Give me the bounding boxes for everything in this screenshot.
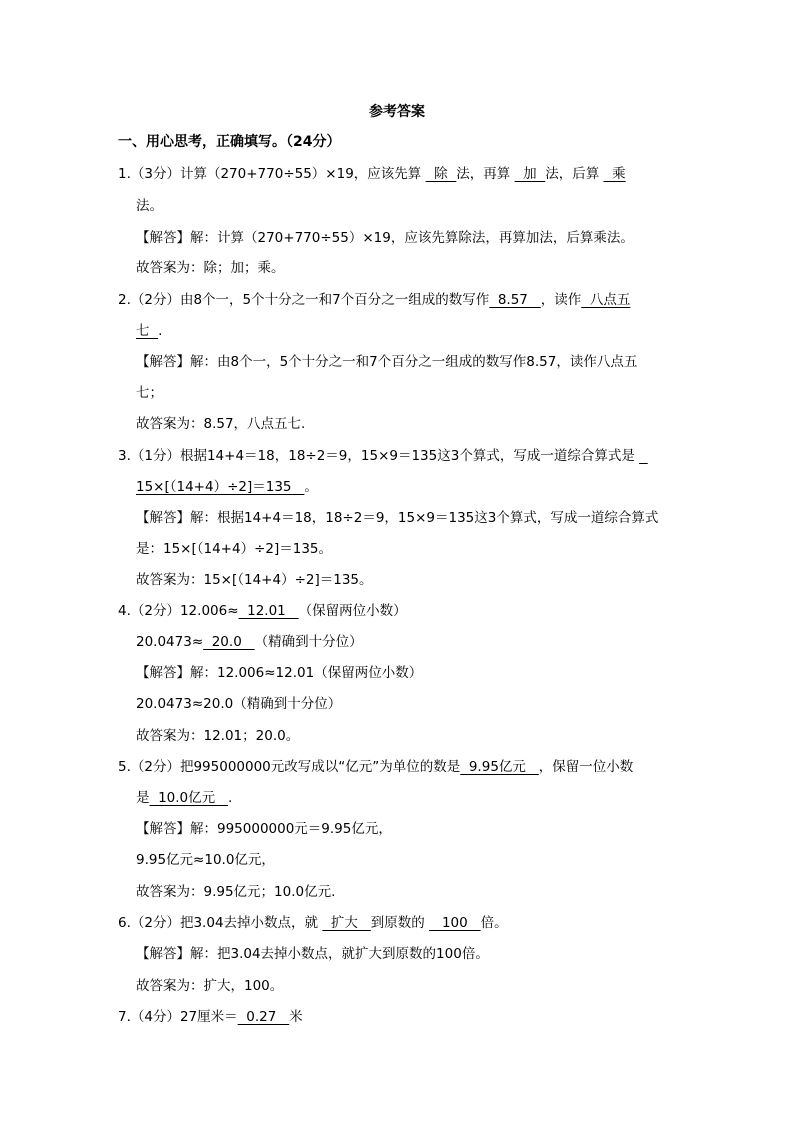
question-text: 。 xyxy=(304,479,318,495)
question-text: 到原数的 xyxy=(371,915,429,931)
question-7: 7.（4分）27厘米＝ 0.27 米 xyxy=(118,1007,303,1027)
question-3-continued: 15×[（14+4）÷2]＝135 。 xyxy=(136,477,318,497)
question-text: 是 xyxy=(136,790,150,806)
question-2-continued: 七 . xyxy=(136,321,162,341)
answer-blank: 15×[（14+4）÷2]＝135 xyxy=(136,479,304,495)
question-text: 4.（2分）12.006≈ xyxy=(118,603,239,619)
solution-5-continued: 9.95亿元≈10.0亿元， xyxy=(136,850,275,870)
section-heading: 一、用心思考，正确填写。（24分） xyxy=(118,132,340,152)
answer-3: 故答案为：15×[（14+4）÷2]＝135。 xyxy=(136,570,373,590)
question-text: 法。 xyxy=(136,198,163,214)
solution-5: 【解答】解：995000000元＝9.95亿元， xyxy=(136,819,392,839)
answer-blank: 8.57 xyxy=(489,292,541,308)
answer-1: 故答案为：除；加；乘。 xyxy=(136,258,285,278)
answer-4: 故答案为：12.01；20.0。 xyxy=(136,726,299,746)
question-4: 4.（2分）12.006≈ 12.01 （保留两位小数） xyxy=(118,601,407,621)
answer-blank: 除 xyxy=(426,166,457,182)
question-5: 5.（2分）把995000000元改写成以“亿元”为单位的数是 9.95亿元 ，… xyxy=(118,757,633,777)
solution-4-continued: 20.0473≈20.0（精确到十分位） xyxy=(136,694,341,714)
solution-3-continued: 是：15×[（14+4）÷2]＝135。 xyxy=(136,539,332,559)
answer-blank: 加 xyxy=(515,166,546,182)
page-title: 参考答案 xyxy=(0,102,794,122)
answer-6: 故答案为：扩大，100。 xyxy=(136,976,283,996)
question-4-line-2: 20.0473≈ 20.0 （精确到十分位） xyxy=(136,632,363,652)
answer-5: 故答案为：9.95亿元；10.0亿元. xyxy=(136,882,335,902)
question-text: （保留两位小数） xyxy=(299,603,407,619)
question-text: 1.（3分）计算（270+770÷55）×19，应该先算 xyxy=(118,166,426,182)
solution-1: 【解答】解：计算（270+770÷55）×19，应该先算除法，再算加法，后算乘法… xyxy=(136,228,634,248)
question-2: 2.（2分）由8个一，5个十分之一和7个百分之一组成的数写作 8.57 ，读作 … xyxy=(118,290,630,310)
question-text: . xyxy=(228,790,232,806)
question-3: 3.（1分）根据14+4＝18，18÷2＝9，15×9＝135这3个算式，写成一… xyxy=(118,446,648,466)
solution-2-continued: 七； xyxy=(136,383,163,403)
question-text: 7.（4分）27厘米＝ xyxy=(118,1009,238,1025)
question-5-continued: 是 10.0亿元 . xyxy=(136,788,232,808)
question-text: ，读作 xyxy=(541,292,582,308)
question-text: ，保留一位小数 xyxy=(539,759,634,775)
answer-blank: 100 xyxy=(429,915,481,931)
solution-3: 【解答】解：根据14+4＝18，18÷2＝9，15×9＝135这3个算式，写成一… xyxy=(136,508,658,528)
question-text: 5.（2分）把995000000元改写成以“亿元”为单位的数是 xyxy=(118,759,460,775)
solution-4: 【解答】解：12.006≈12.01（保留两位小数） xyxy=(136,663,422,683)
question-1-continued: 法。 xyxy=(136,196,163,216)
question-text: . xyxy=(158,323,162,339)
answer-blank: 乘 xyxy=(604,166,626,182)
question-text: （精确到十分位） xyxy=(255,634,363,650)
solution-2: 【解答】解：由8个一，5个十分之一和7个百分之一组成的数写作8.57，读作八点五 xyxy=(136,352,637,372)
answer-blank: 12.01 xyxy=(239,603,299,619)
answer-blank: 10.0亿元 xyxy=(150,790,229,806)
answer-2: 故答案为：8.57，八点五七. xyxy=(136,414,305,434)
question-text: 6.（2分）把3.04去掉小数点，就 xyxy=(118,915,322,931)
question-text: 3.（1分）根据14+4＝18，18÷2＝9，15×9＝135这3个算式，写成一… xyxy=(118,448,639,464)
answer-key-page: 参考答案 一、用心思考，正确填写。（24分） 1.（3分）计算（270+770÷… xyxy=(0,0,794,1123)
answer-blank: 扩大 xyxy=(322,915,370,931)
answer-blank: 七 xyxy=(136,323,158,339)
answer-blank: 0.27 xyxy=(238,1009,290,1025)
answer-blank xyxy=(639,448,648,464)
question-text: 2.（2分）由8个一，5个十分之一和7个百分之一组成的数写作 xyxy=(118,292,489,308)
question-6: 6.（2分）把3.04去掉小数点，就 扩大 到原数的 100 倍。 xyxy=(118,913,508,933)
solution-6: 【解答】解：把3.04去掉小数点，就扩大到原数的100倍。 xyxy=(136,944,489,964)
question-text: 20.0473≈ xyxy=(136,634,203,650)
answer-blank: 20.0 xyxy=(203,634,255,650)
answer-blank: 八点五 xyxy=(581,292,630,308)
question-text: 米 xyxy=(289,1009,303,1025)
answer-blank: 9.95亿元 xyxy=(460,759,539,775)
question-text: 法，后算 xyxy=(545,166,603,182)
question-text: 倍。 xyxy=(481,915,508,931)
question-text: 法，再算 xyxy=(456,166,514,182)
question-1: 1.（3分）计算（270+770÷55）×19，应该先算 除 法，再算 加 法，… xyxy=(118,164,626,184)
